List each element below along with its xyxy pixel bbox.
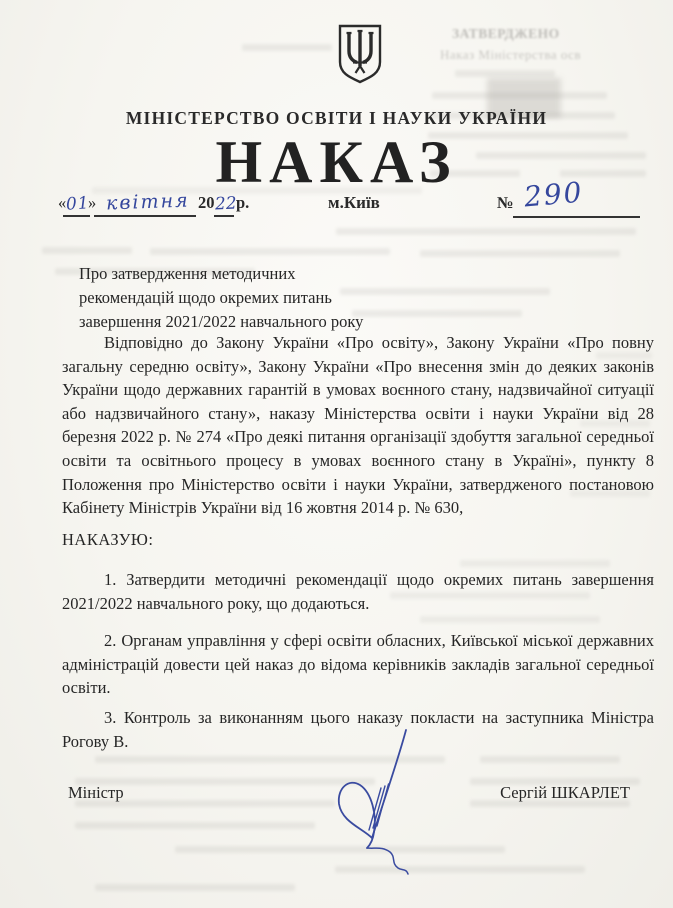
bleed-through-approved-label: ЗАТВЕРДЖЕНО (452, 26, 560, 42)
bleed-through-mark (460, 560, 610, 567)
signer-name: Сергій ШКАРЛЕТ (500, 783, 630, 803)
order-number-label: № (497, 193, 514, 213)
order-item-2: 2. Органам управління у сфері освіти обл… (62, 629, 654, 700)
signer-position: Міністр (68, 783, 124, 803)
year-printed-prefix: 20 (198, 193, 215, 213)
order-item-1: 1. Затвердити методичні рекомендації щод… (62, 568, 654, 615)
ukraine-trident-emblem-icon (337, 24, 383, 84)
day-underline (63, 215, 90, 217)
year-underline (214, 215, 234, 217)
scanned-order-document: ЗАТВЕРДЖЕНО Наказ Міністерства осв (0, 0, 673, 908)
bleed-through-mark (480, 756, 620, 763)
bleed-through-mark (455, 70, 555, 77)
preamble-paragraph: Відповідно до Закону України «Про освіту… (62, 331, 654, 520)
bleed-through-mark (95, 884, 295, 891)
handwritten-order-number: 290 (523, 175, 585, 213)
bleed-through-mark (420, 616, 600, 623)
date-close-quote: » (88, 193, 96, 213)
subject-line: Про затвердження методичних (79, 262, 409, 286)
decree-word: НАКАЗУЮ: (62, 530, 153, 550)
bleed-through-approved-sub: Наказ Міністерства осв (440, 47, 581, 63)
handwritten-month: квітня (106, 190, 190, 215)
bleed-through-mark (432, 92, 607, 99)
order-subject: Про затвердження методичних рекомендацій… (79, 262, 409, 334)
city-label: м.Київ (328, 193, 380, 213)
handwritten-year: 22 (214, 193, 237, 214)
minister-signature-ink-icon (318, 726, 483, 894)
bleed-through-mark (242, 44, 332, 51)
handwritten-day: 01 (65, 193, 90, 215)
subject-line: рекомендацій щодо окремих питань (79, 286, 409, 310)
bleed-through-mark (150, 248, 390, 255)
bleed-through-mark (336, 228, 636, 235)
number-underline (513, 216, 640, 218)
year-abbrev: р. (236, 193, 249, 213)
bleed-through-mark (420, 250, 620, 257)
bleed-through-mark (42, 247, 132, 254)
ministry-name: МІНІСТЕРСТВО ОСВІТИ І НАУКИ УКРАЇНИ (0, 108, 673, 129)
bleed-through-mark (75, 822, 315, 829)
month-underline (94, 215, 196, 217)
